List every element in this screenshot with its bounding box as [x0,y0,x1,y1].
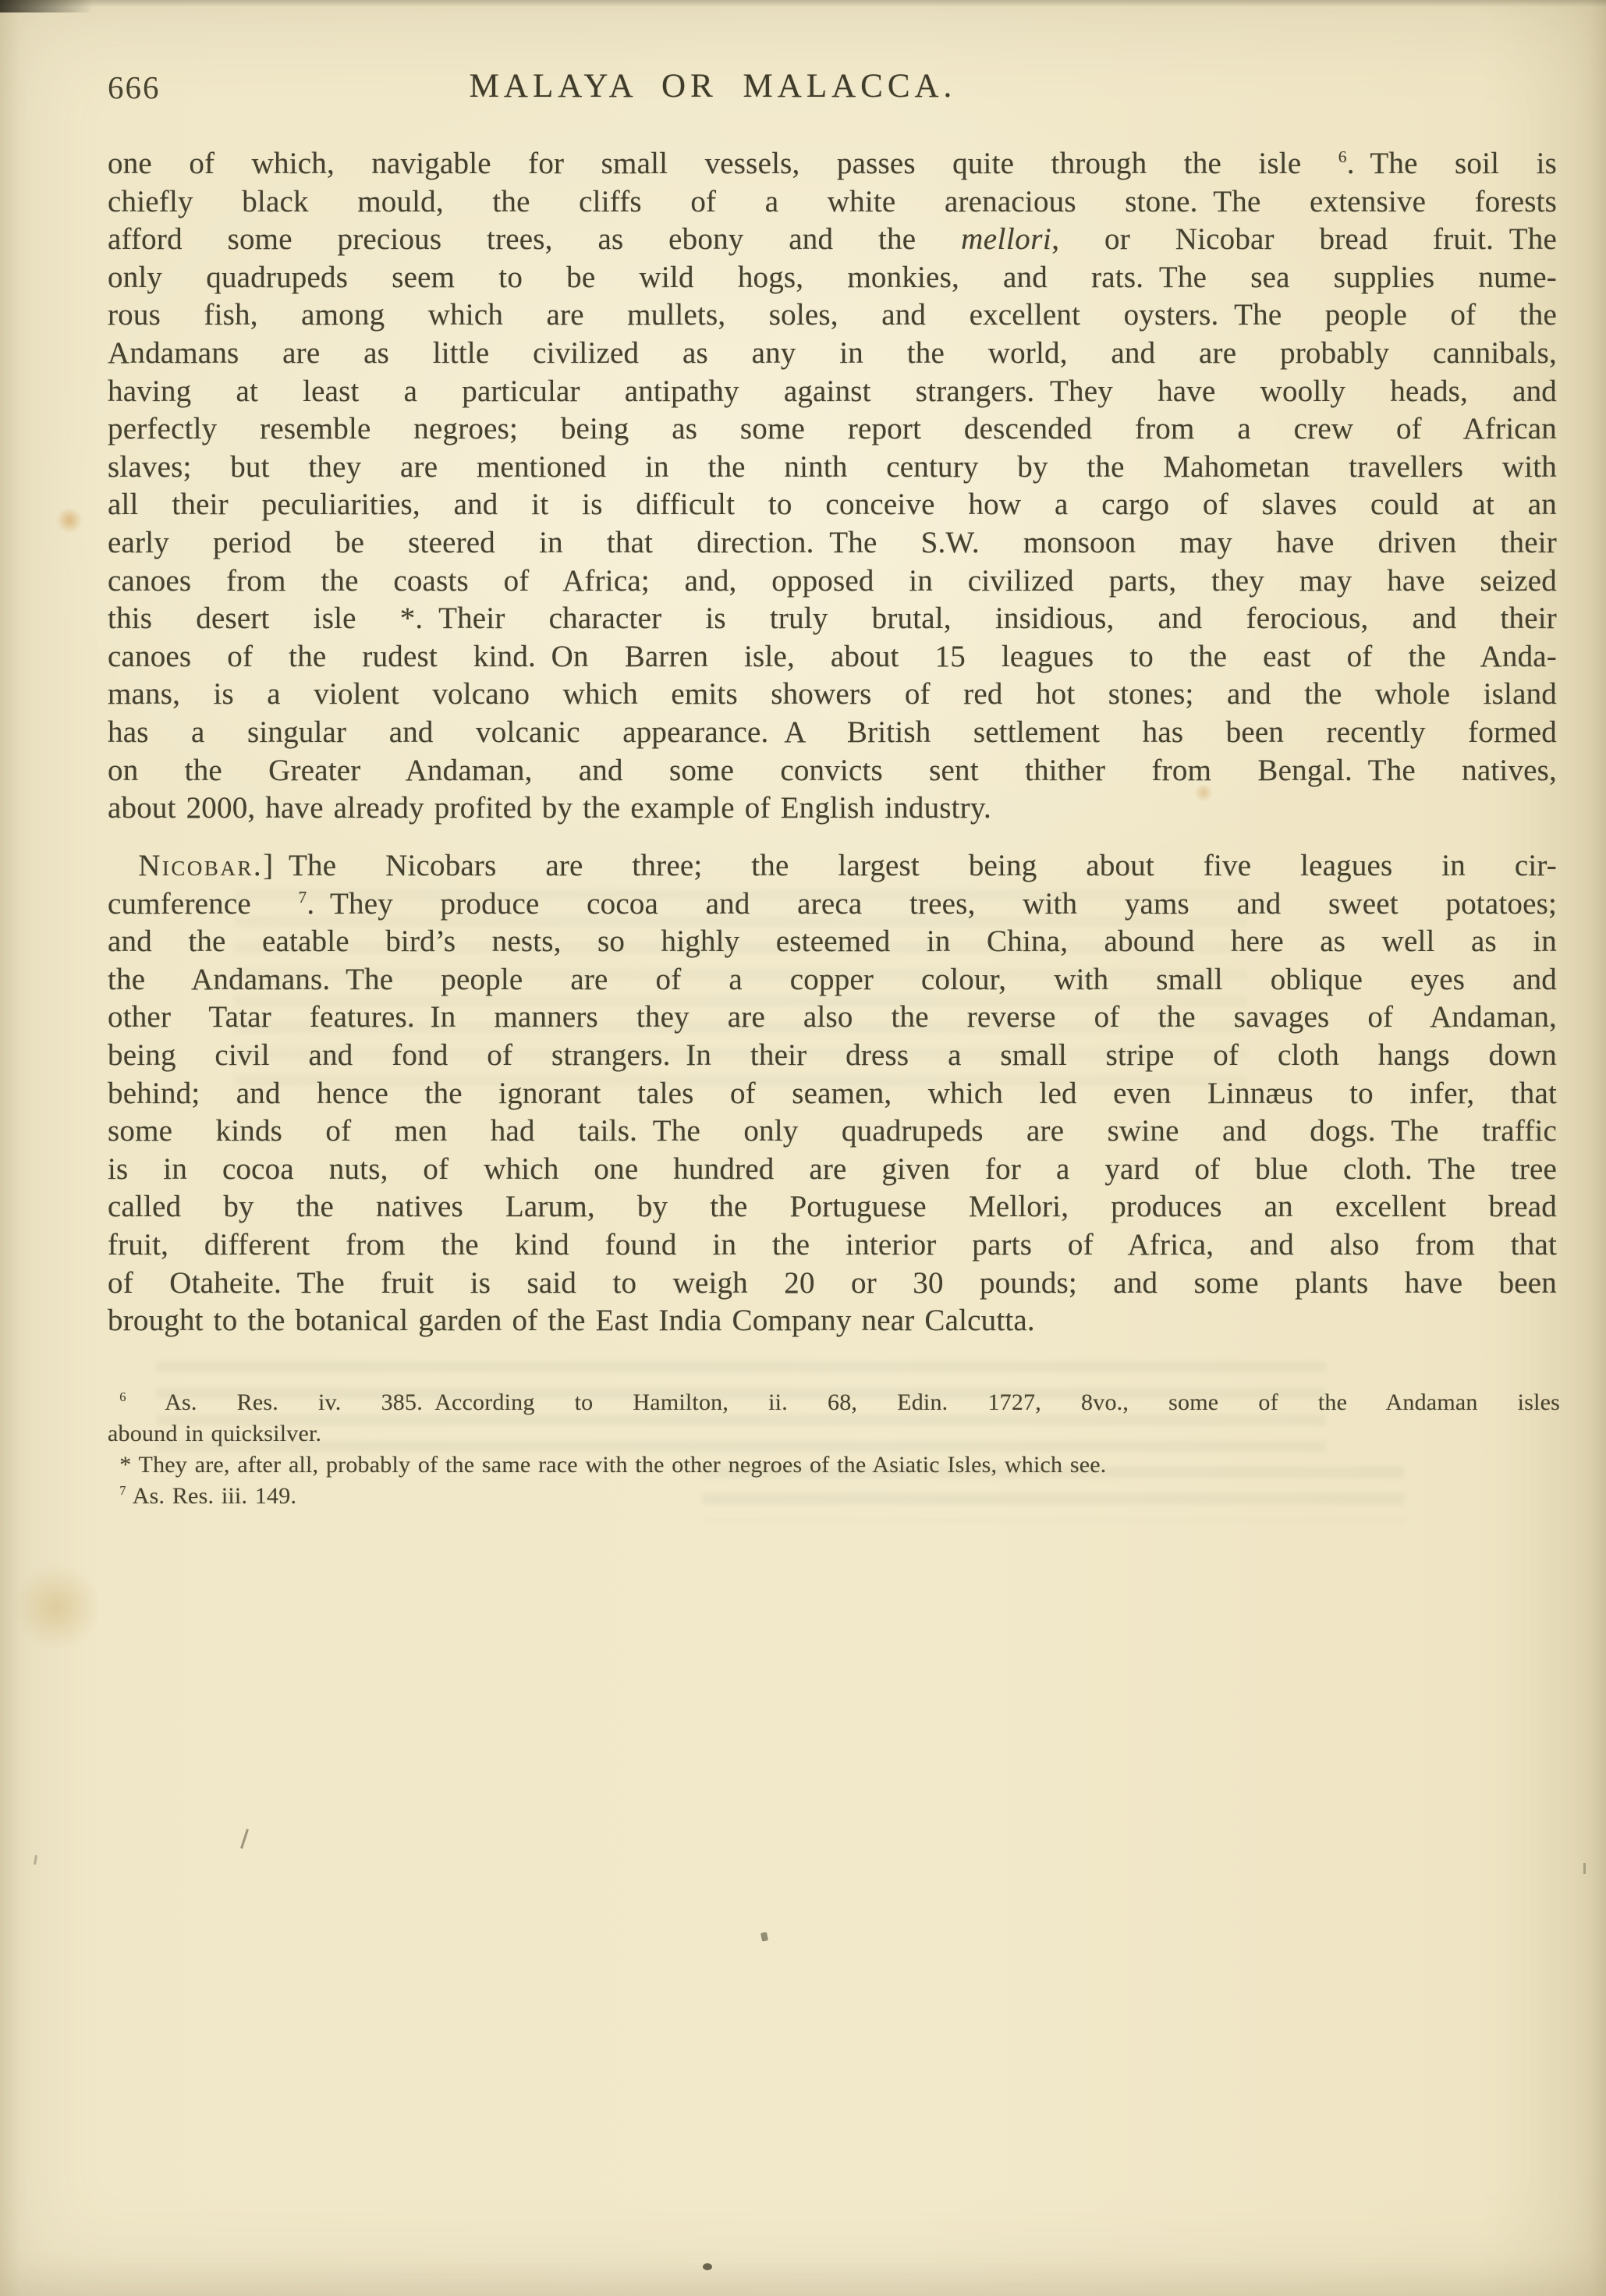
scan-corner-artifact [0,0,94,12]
text-line: one of which, navigable for small vessel… [108,145,1557,183]
text-line: only quadrupeds seem to be wild hogs, mo… [108,259,1557,297]
paper-stain [14,1564,100,1650]
text-line: of Otaheite. The fruit is said to weigh … [108,1265,1557,1303]
text-line: this desert isle *. Their character is t… [108,600,1557,638]
text-line: canoes of the rudest kind. On Barren isl… [108,638,1557,676]
paragraph-nicobar: Nicobar.] The Nicobars are three; the la… [108,847,1557,1340]
text-line: rous fish, among which are mullets, sole… [108,296,1557,335]
text-line: some kinds of men had tails. The only qu… [108,1113,1557,1151]
text-line: canoes from the coasts of Africa; and, o… [108,562,1557,601]
text-line: about 2000, have already profited by the… [108,790,1557,828]
text-line: being civil and fond of strangers. In th… [108,1037,1557,1075]
running-title: MALAYA OR MALACCA. [0,67,1426,105]
text-line: on the Greater Andaman, and some convict… [108,752,1557,790]
ink-speck-artifact [34,1855,37,1865]
text-line: mans, is a violent volcano which emits s… [108,676,1557,714]
paragraph-andamans: one of which, navigable for small vessel… [108,145,1557,828]
text-line: abound in quicksilver. [108,1418,1560,1450]
text-line: brought to the botanical garden of the E… [108,1302,1557,1340]
text-line: all their peculiarities, and it is diffi… [108,486,1557,524]
pen-mark-artifact [240,1829,249,1849]
ink-speck-artifact [1583,1863,1586,1874]
footnotes-block: 6 As. Res. iv. 385. According to Hamilto… [108,1387,1560,1512]
book-page-scan: 666 MALAYA OR MALACCA. one of which, nav… [0,0,1606,2296]
text-line: fruit, different from the kind found in … [108,1226,1557,1265]
text-line: called by the natives Larum, by the Port… [108,1188,1557,1226]
paper-stain [56,509,83,532]
text-line: perfectly resemble negroes; being as som… [108,410,1557,449]
text-line: 7 As. Res. iii. 149. [108,1481,1560,1512]
text-line: the Andamans. The people are of a copper… [108,961,1557,999]
text-line: is in cocoa nuts, of which one hundred a… [108,1151,1557,1189]
text-line: * They are, after all, probably of the s… [108,1450,1560,1481]
scan-top-edge-shadow [0,0,1606,7]
text-line: cumference 7. They produce cocoa and are… [108,885,1557,924]
text-line: has a singular and volcanic appearance. … [108,714,1557,752]
text-line: Nicobar.] The Nicobars are three; the la… [108,847,1557,885]
ink-speck-artifact [703,2263,712,2270]
text-line: early period be steered in that directio… [108,524,1557,562]
text-line: having at least a particular antipathy a… [108,373,1557,411]
text-line: behind; and hence the ignorant tales of … [108,1075,1557,1113]
text-line: Andamans are as little civilized as any … [108,335,1557,373]
text-line: slaves; but they are mentioned in the ni… [108,449,1557,487]
text-line: afford some precious trees, as ebony and… [108,221,1557,259]
text-line: and the eatable bird’s nests, so highly … [108,923,1557,961]
ink-speck-artifact [760,1932,768,1941]
text-line: 6 As. Res. iv. 385. According to Hamilto… [108,1387,1560,1418]
text-line: chiefly black mould, the cliffs of a whi… [108,183,1557,222]
text-line: other Tatar features. In manners they ar… [108,999,1557,1037]
